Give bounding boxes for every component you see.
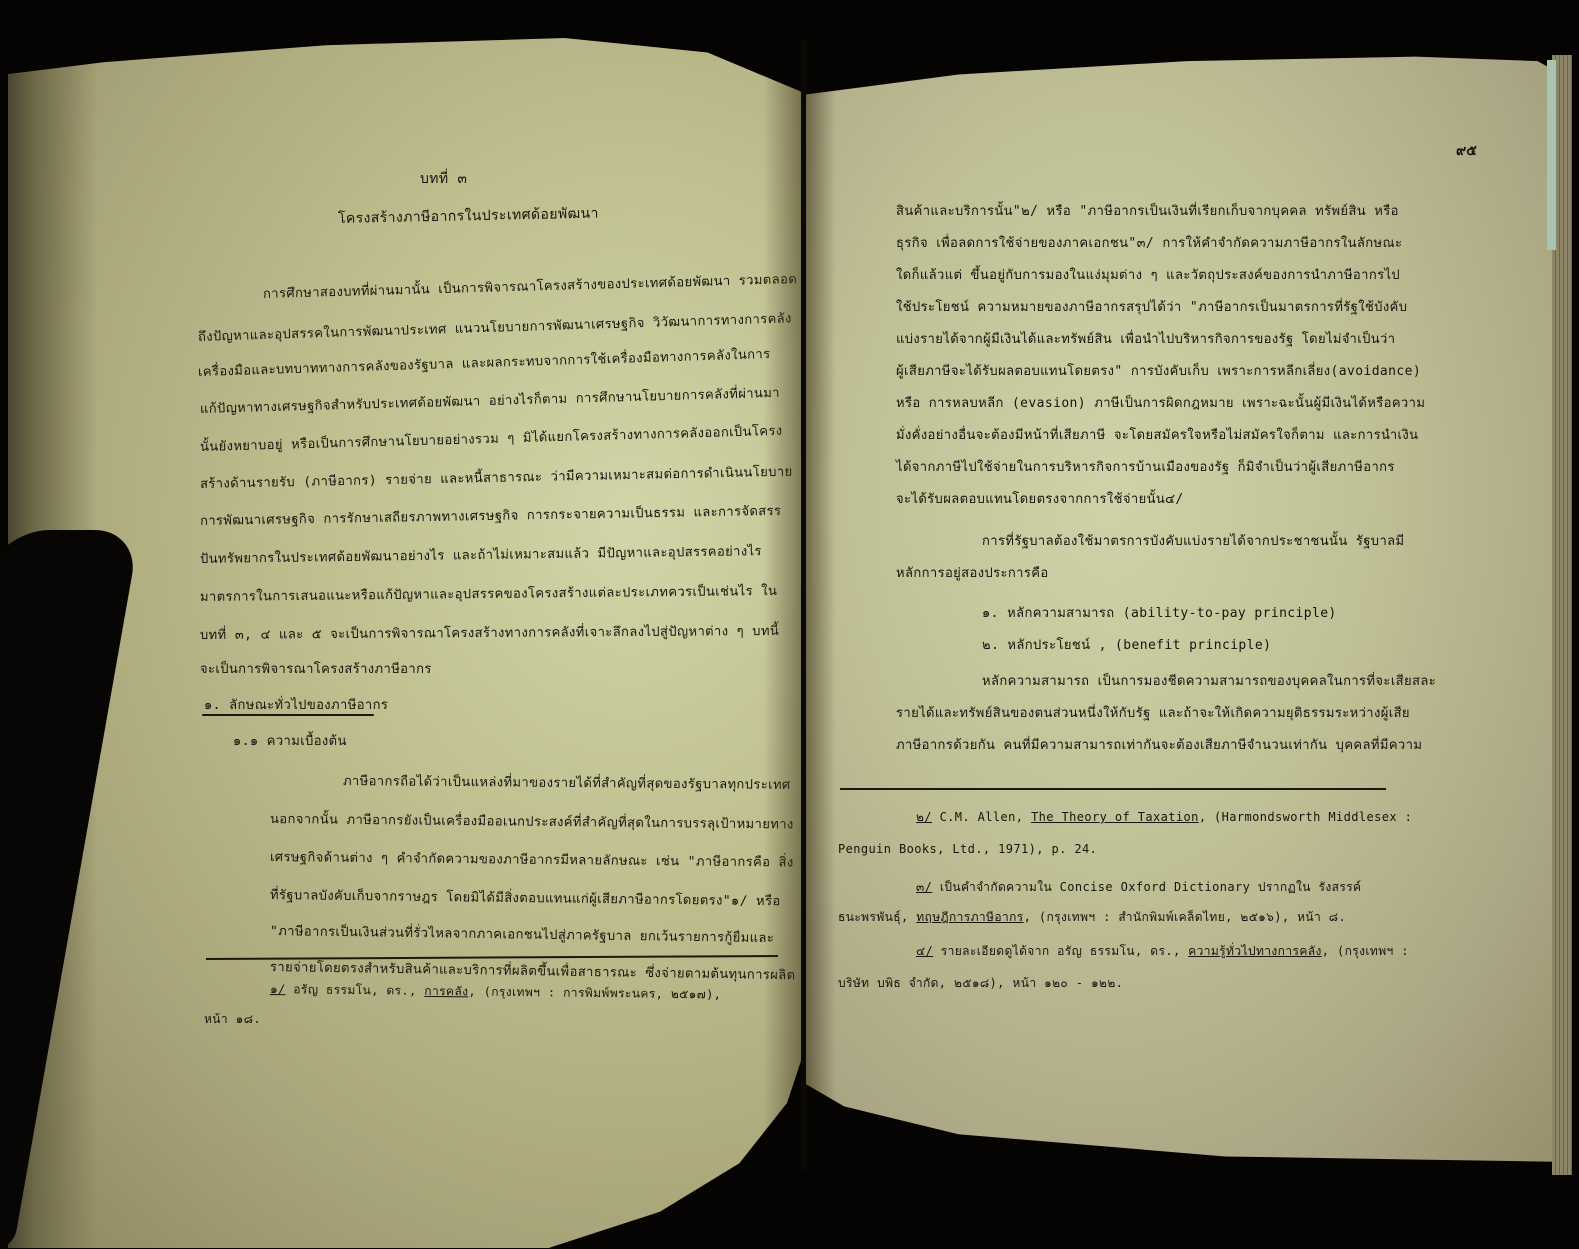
para-line: ธุรกิจ เพื่อลดการใช้จ่ายของภาคเอกชน"๓/ ก…: [896, 232, 1402, 253]
footnote-1-line2: หน้า ๑๘.: [204, 1010, 261, 1029]
intro-line: มาตรการในการเสนอแนะหรือแก้ปัญหาและอุปสรร…: [200, 580, 777, 607]
para-line: ภาษีอากรด้วยกัน คนที่มีความสามารถเท่ากัน…: [896, 734, 1422, 755]
subsection-heading: ๑.๑ ความเบื้องต้น: [233, 730, 347, 751]
intro-line: บทที่ ๓, ๔ และ ๕ จะเป็นการพิจารณาโครงสร้…: [200, 620, 779, 645]
intro-line: เครื่องมือและบทบาททางการคลังของรัฐบาล แล…: [198, 343, 771, 382]
body-line: ที่รัฐบาลบังคับเก็บจากราษฎร โดยมิได้มีสิ…: [270, 884, 781, 911]
para-line: จะได้รับผลตอบแทนโดยตรงจากการใช้จ่ายนั้น๔…: [896, 488, 1184, 509]
para-line: รายได้และทรัพย์สินของตนส่วนหนึ่งให้กับรั…: [896, 702, 1410, 723]
body-line: เศรษฐกิจด้านต่าง ๆ คำจำกัดความของภาษีอาก…: [270, 846, 794, 872]
footnote-3-line2: ธนะพรพันธุ์, ทฤษฎีการภาษีอากร, (กรุงเทพฯ…: [838, 908, 1346, 927]
footnote-4: ๔/ รายละเอียดดูได้จาก อรัญ ธรรมโน, ดร., …: [916, 942, 1409, 961]
chapter-label: บทที่ ๓: [420, 168, 467, 190]
para-line: หรือ การหลบหลีก (evasion) ภาษีเป็นการผิด…: [896, 392, 1425, 413]
body-line: "ภาษีอากรเป็นเงินส่วนที่รั่วไหลจากภาคเอก…: [270, 920, 775, 948]
intro-line: นั้นยังหยาบอยู่ หรือเป็นการศึกษานโยบายอย…: [200, 420, 783, 457]
footnote-book-title: การคลัง: [424, 984, 468, 999]
intro-line: แก้ปัญหาทางเศรษฐกิจสำหรับประเทศด้อยพัฒนา…: [200, 382, 780, 419]
section-heading: ๑. ลักษณะทั่วไปของภาษีอากร: [204, 694, 388, 715]
footnote-3: ๓/ เป็นคำจำกัดความใน Concise Oxford Dict…: [916, 878, 1361, 897]
para-line: หลักการอยู่สองประการคือ: [896, 562, 1049, 583]
left-page: บทที่ ๓ โครงสร้างภาษีอากรในประเทศด้อยพัฒ…: [8, 38, 803, 1248]
para-line: มั่งคั่งอย่างอื่นจะต้องมีหน้าที่เสียภาษี…: [896, 424, 1418, 445]
para-line: หลักความสามารถ เป็นการมองชีดความสามารถขอ…: [982, 670, 1436, 691]
footnote-1: ๑/ อรัญ ธรรมโน, ดร., การคลัง, (กรุงเทพฯ …: [270, 980, 722, 1005]
footnote-2: ๒/ C.M. Allen, The Theory of Taxation, (…: [916, 808, 1412, 827]
bookmark-strip: [1547, 60, 1556, 250]
intro-line: ถึงปัญหาและอุปสรรคในการพัฒนาประเทศ แนวนโ…: [198, 307, 792, 347]
intro-line: สร้างด้านรายรับ (ภาษีอากร) รายจ่าย และหน…: [200, 461, 793, 494]
footnote-4-line2: บริษัท บพิธ จำกัด, ๒๕๑๘), หน้า ๑๒๐ - ๑๒๒…: [838, 974, 1123, 993]
principle-item: ๑. หลักความสามารถ (ability-to-pay princi…: [982, 602, 1337, 623]
intro-line: การศึกษาสองบทที่ผ่านมานั้น เป็นการพิจารณ…: [263, 268, 798, 304]
para-line: สินค้าและบริการนั้น"๒/ หรือ "ภาษีอากรเป็…: [896, 200, 1399, 221]
footnote-marker: ๑/: [270, 982, 286, 996]
intro-line: การพัฒนาเศรษฐกิจ การรักษาเสถียรภาพทางเศร…: [200, 500, 782, 531]
para-line: ผู้เสียภาษีจะได้รับผลตอบแทนโดยตรง" การบั…: [896, 360, 1421, 381]
body-line: ภาษีอากรถือได้ว่าเป็นแหล่งที่มาของรายได้…: [343, 770, 791, 795]
para-line: การที่รัฐบาลต้องใช้มาตรการบังคับแบ่งรายไ…: [982, 530, 1405, 551]
footnote-book-title: ความรู้ทั่วไปทางการคลัง: [1188, 944, 1322, 958]
para-line: ได้จากภาษีไปใช้จ่ายในการบริหารกิจการบ้าน…: [896, 456, 1395, 477]
body-line: นอกจากนั้น ภาษีอากรยังเป็นเครื่องมืออเนก…: [270, 808, 794, 834]
right-page: ๙๕ สินค้าและบริการนั้น"๒/ หรือ "ภาษีอากร…: [806, 50, 1568, 1162]
page-number: ๙๕: [1456, 140, 1477, 162]
para-line: ใช้ประโยชน์ ความหมายของภาษีอากรสรุปได้ว่…: [896, 296, 1407, 317]
section-heading-underline: [202, 714, 374, 716]
footnote-book-title: ทฤษฎีการภาษีอากร: [916, 910, 1023, 924]
principle-item: ๒. หลักประโยชน์ , (benefit principle): [982, 634, 1271, 655]
footnote-2-line2: Penguin Books, Ltd., 1971), p. 24.: [838, 842, 1097, 856]
para-line: ใดก็แล้วแต่ ขึ้นอยู่กับการมองในแง่มุมต่า…: [896, 264, 1400, 285]
intro-line: จะเป็นการพิจารณาโครงสร้างภาษีอากร: [200, 658, 432, 679]
footnote-separator: [840, 788, 1386, 790]
footnote-book-title: The Theory of Taxation: [1031, 810, 1199, 824]
chapter-title: โครงสร้างภาษีอากรในประเทศด้อยพัฒนา: [338, 203, 599, 230]
para-line: แบ่งรายได้จากผู้มีเงินได้และทรัพย์สิน เพ…: [896, 328, 1395, 349]
intro-line: ปันทรัพยากรในประเทศด้อยพัฒนาอย่างไร และถ…: [200, 540, 762, 569]
